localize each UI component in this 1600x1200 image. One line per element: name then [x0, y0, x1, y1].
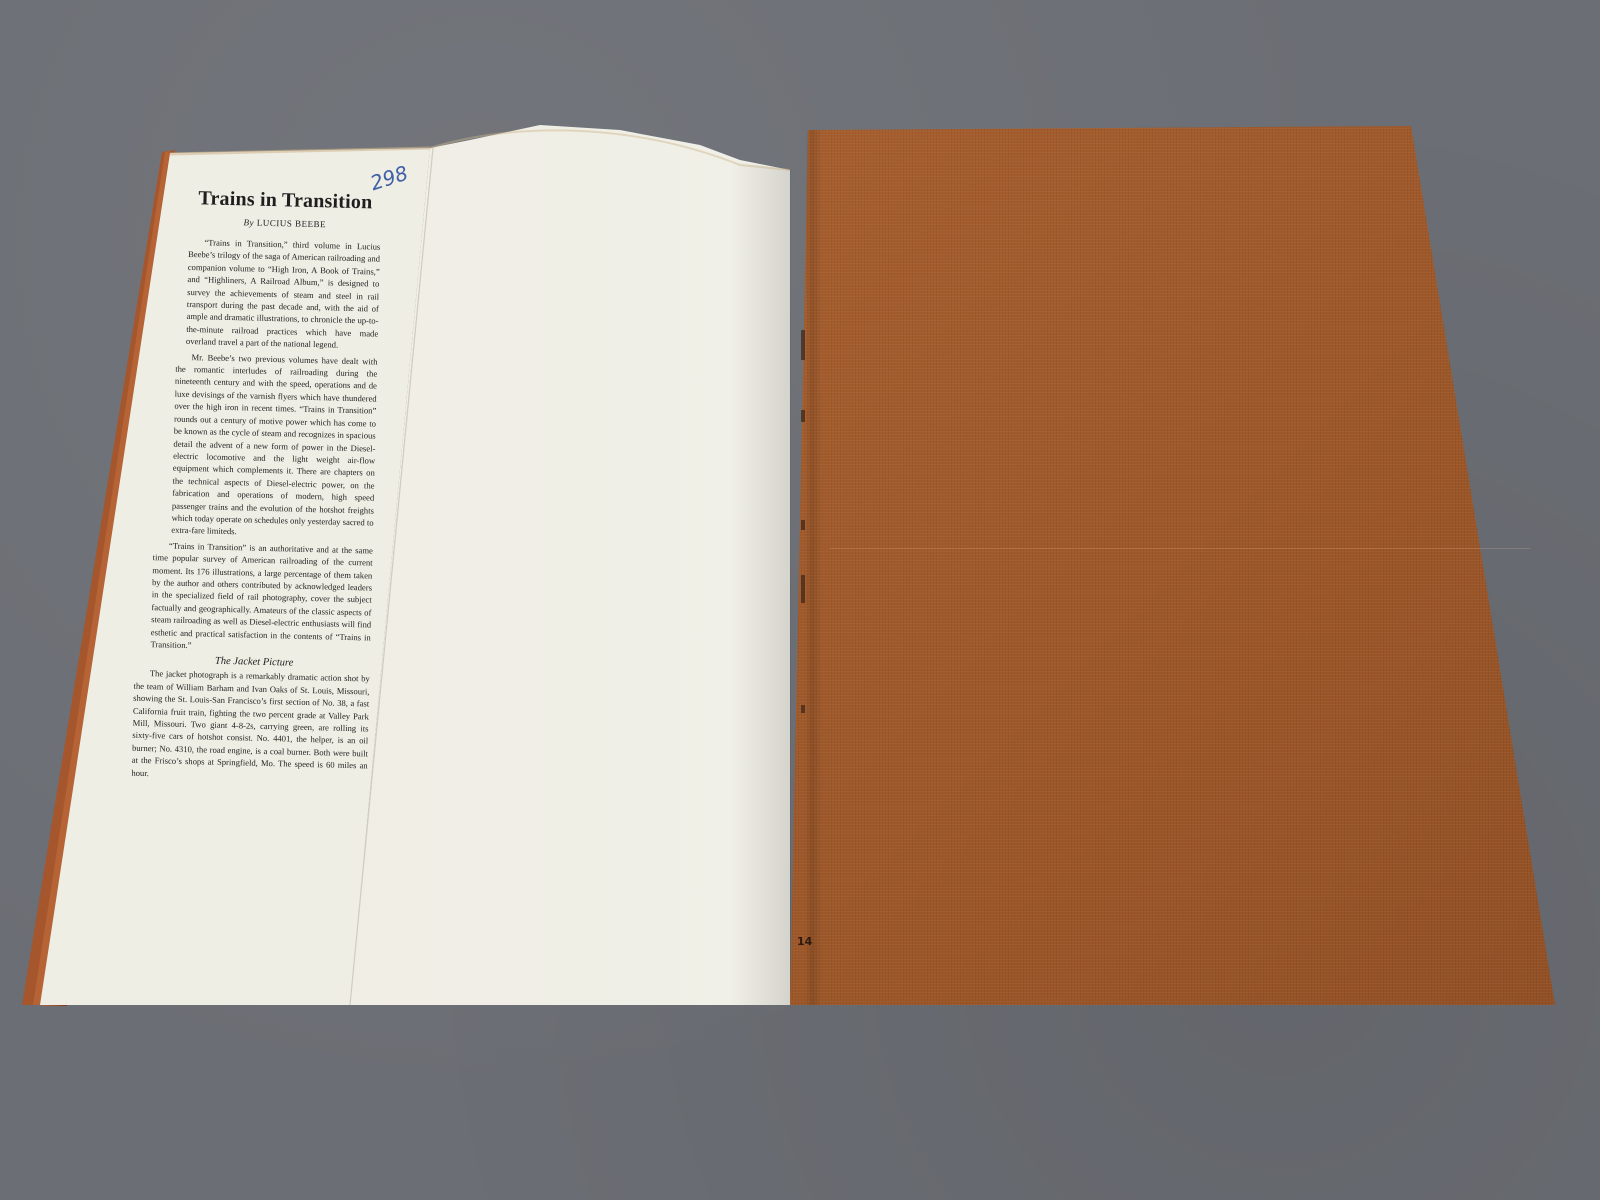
spine-mark	[801, 410, 805, 422]
cover-crease-line	[830, 548, 1530, 549]
spine-lettering	[801, 330, 807, 950]
book-title: Trains in Transition	[189, 187, 382, 215]
spine-mark	[801, 575, 805, 603]
byline-prefix: By	[244, 217, 255, 227]
photo-scene: 298 Trains in Transition By LUCIUS BEEBE…	[0, 0, 1600, 1200]
spine-mark	[801, 705, 805, 713]
paragraph-survey: “Trains in Transition” is an authoritati…	[150, 539, 373, 656]
spine-mark	[801, 330, 805, 360]
paragraph-previous-volumes: Mr. Beebe’s two previous volumes have de…	[171, 350, 377, 541]
paragraph-intro: “Trains in Transition,” third volume in …	[186, 236, 381, 352]
byline: By LUCIUS BEEBE	[189, 216, 381, 231]
flap-text-block: Trains in Transition By LUCIUS BEEBE “Tr…	[135, 176, 382, 788]
author-name: LUCIUS BEEBE	[257, 218, 326, 230]
spine-number: 14	[797, 935, 812, 948]
paragraph-jacket-picture: The jacket photograph is a remarkably dr…	[131, 667, 370, 784]
spine-mark	[801, 520, 805, 530]
